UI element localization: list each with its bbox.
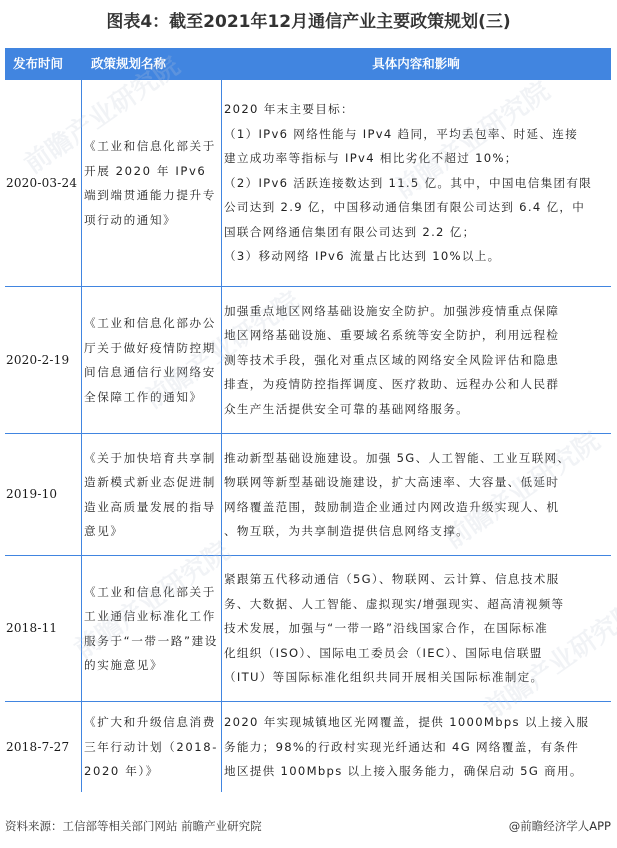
cell-date: 2020-03-24: [5, 80, 81, 286]
content-line: 、物互联，为共享制造提供信息网络支撑。: [224, 519, 607, 544]
cell-date: 2018-11: [5, 556, 81, 701]
content-line: （1）IPv6 网络性能与 IPv4 趋同，平均丢包率、时延、连接: [224, 122, 607, 147]
cell-policy-name: 《关于加快培育共享制造新模式新业态促进制造业高质量发展的指导意见》: [81, 434, 221, 555]
credit-note: @前瞻经济学人APP: [509, 818, 611, 834]
content-line: 紧跟第五代移动通信（5G）、物联网、云计算、信息技术服: [224, 567, 607, 592]
content-line: 网络覆盖范围，鼓励制造企业通过内网改造升级实现人、机: [224, 495, 607, 520]
content-line: 地区网络基础设施、重要域名系统等安全防护，利用远程检: [224, 323, 607, 348]
content-line: 加强重点地区网络基础设施安全防护。加强涉疫情重点保障: [224, 299, 607, 324]
cell-policy-name: 《工业和信息化部关于开展 2020 年 IPv6 端到端贯通能力提升专项行动的通…: [81, 80, 221, 286]
header-content: 具体内容和影响: [221, 48, 611, 80]
content-line: 务、大数据、人工智能、虚拟现实/增强现实、超高清视频等: [224, 592, 607, 617]
source-note: 资料来源：工信部等相关部门网站 前瞻产业研究院: [5, 818, 262, 834]
figure-title: 图表4：截至2021年12月通信产业主要政策规划(三): [0, 7, 617, 32]
content-line: 技术发展，加强与“一带一路”沿线国家合作，在国际标准: [224, 616, 607, 641]
content-line: 地区提供 100Mbps 以上接入服务能力，确保启动 5G 商用。: [224, 759, 607, 784]
policy-table: 发布时间 政策规划名称 具体内容和影响 2020-03-24 《工业和信息化部关…: [5, 48, 611, 792]
content-line: 2020 年末主要目标：: [224, 97, 607, 122]
cell-content: 推动新型基础设施建设。加强 5G、人工智能、工业互联网、 物联网等新型基础设施建…: [221, 434, 611, 555]
header-policy-name: 政策规划名称: [81, 48, 221, 80]
content-line: 物联网等新型基础设施建设，扩大高速率、大容量、低延时: [224, 470, 607, 495]
cell-policy-name: 《工业和信息化部办公厅关于做好疫情防控期间信息通信行业网络安全保障工作的通知》: [81, 287, 221, 433]
content-line: 公司达到 2.9 亿，中国移动通信集团有限公司达到 6.4 亿，中: [224, 195, 607, 220]
content-line: 建立成功率等指标与 IPv4 相比劣化不超过 10%；: [224, 146, 607, 171]
figure-footer: 资料来源：工信部等相关部门网站 前瞻产业研究院 @前瞻经济学人APP: [5, 818, 611, 834]
content-line: （ITU）等国际标准化组织共同开展相关国际标准制定。: [224, 665, 607, 690]
policy-name-text: 《工业和信息化部关于工业通信业标准化工作服务于“一带一路”建设的实施意见》: [84, 580, 219, 678]
cell-content: 加强重点地区网络基础设施安全防护。加强涉疫情重点保障 地区网络基础设施、重要域名…: [221, 287, 611, 433]
table-row: 2018-7-27 《扩大和升级信息消费三年行动计划（2018-2020 年）》…: [5, 702, 611, 792]
table-row: 2020-03-24 《工业和信息化部关于开展 2020 年 IPv6 端到端贯…: [5, 80, 611, 287]
content-line: 2020 年实现城镇地区光网覆盖，提供 1000Mbps 以上接入服: [224, 710, 607, 735]
table-row: 2018-11 《工业和信息化部关于工业通信业标准化工作服务于“一带一路”建设的…: [5, 556, 611, 702]
cell-content: 紧跟第五代移动通信（5G）、物联网、云计算、信息技术服 务、大数据、人工智能、虚…: [221, 556, 611, 701]
cell-policy-name: 《工业和信息化部关于工业通信业标准化工作服务于“一带一路”建设的实施意见》: [81, 556, 221, 701]
cell-policy-name: 《扩大和升级信息消费三年行动计划（2018-2020 年）》: [81, 702, 221, 792]
table-row: 2019-10 《关于加快培育共享制造新模式新业态促进制造业高质量发展的指导意见…: [5, 434, 611, 556]
table-header: 发布时间 政策规划名称 具体内容和影响: [5, 48, 611, 80]
content-line: 推动新型基础设施建设。加强 5G、人工智能、工业互联网、: [224, 446, 607, 471]
content-line: （2）IPv6 活跃连接数达到 11.5 亿。其中，中国电信集团有限: [224, 171, 607, 196]
policy-name-text: 《工业和信息化部办公厅关于做好疫情防控期间信息通信行业网络安全保障工作的通知》: [84, 311, 219, 409]
cell-date: 2020-2-19: [5, 287, 81, 433]
cell-content: 2020 年实现城镇地区光网覆盖，提供 1000Mbps 以上接入服 务能力；9…: [221, 702, 611, 792]
content-line: 众生产生活提供安全可靠的基础网络服务。: [224, 397, 607, 422]
policy-name-text: 《关于加快培育共享制造新模式新业态促进制造业高质量发展的指导意见》: [84, 446, 219, 544]
cell-content: 2020 年末主要目标： （1）IPv6 网络性能与 IPv4 趋同，平均丢包率…: [221, 80, 611, 286]
cell-date: 2019-10: [5, 434, 81, 555]
policy-name-text: 《扩大和升级信息消费三年行动计划（2018-2020 年）》: [84, 710, 219, 784]
cell-date: 2018-7-27: [5, 702, 81, 792]
policy-name-text: 《工业和信息化部关于开展 2020 年 IPv6 端到端贯通能力提升专项行动的通…: [84, 134, 219, 232]
content-line: 化组织（ISO）、国际电工委员会（IEC）、国际电信联盟: [224, 641, 607, 666]
header-date: 发布时间: [5, 48, 81, 80]
table-row: 2020-2-19 《工业和信息化部办公厅关于做好疫情防控期间信息通信行业网络安…: [5, 287, 611, 434]
content-line: 排查，为疫情防控指挥调度、医疗救助、远程办公和人民群: [224, 372, 607, 397]
content-line: （3）移动网络 IPv6 流量占比达到 10%以上。: [224, 244, 607, 269]
content-line: 务能力；98%的行政村实现光纤通达和 4G 网络覆盖，有条件: [224, 735, 607, 760]
content-line: 国联合网络通信集团有限公司达到 2.2 亿；: [224, 220, 607, 245]
content-line: 测等技术手段，强化对重点区域的网络安全风险评估和隐患: [224, 348, 607, 373]
